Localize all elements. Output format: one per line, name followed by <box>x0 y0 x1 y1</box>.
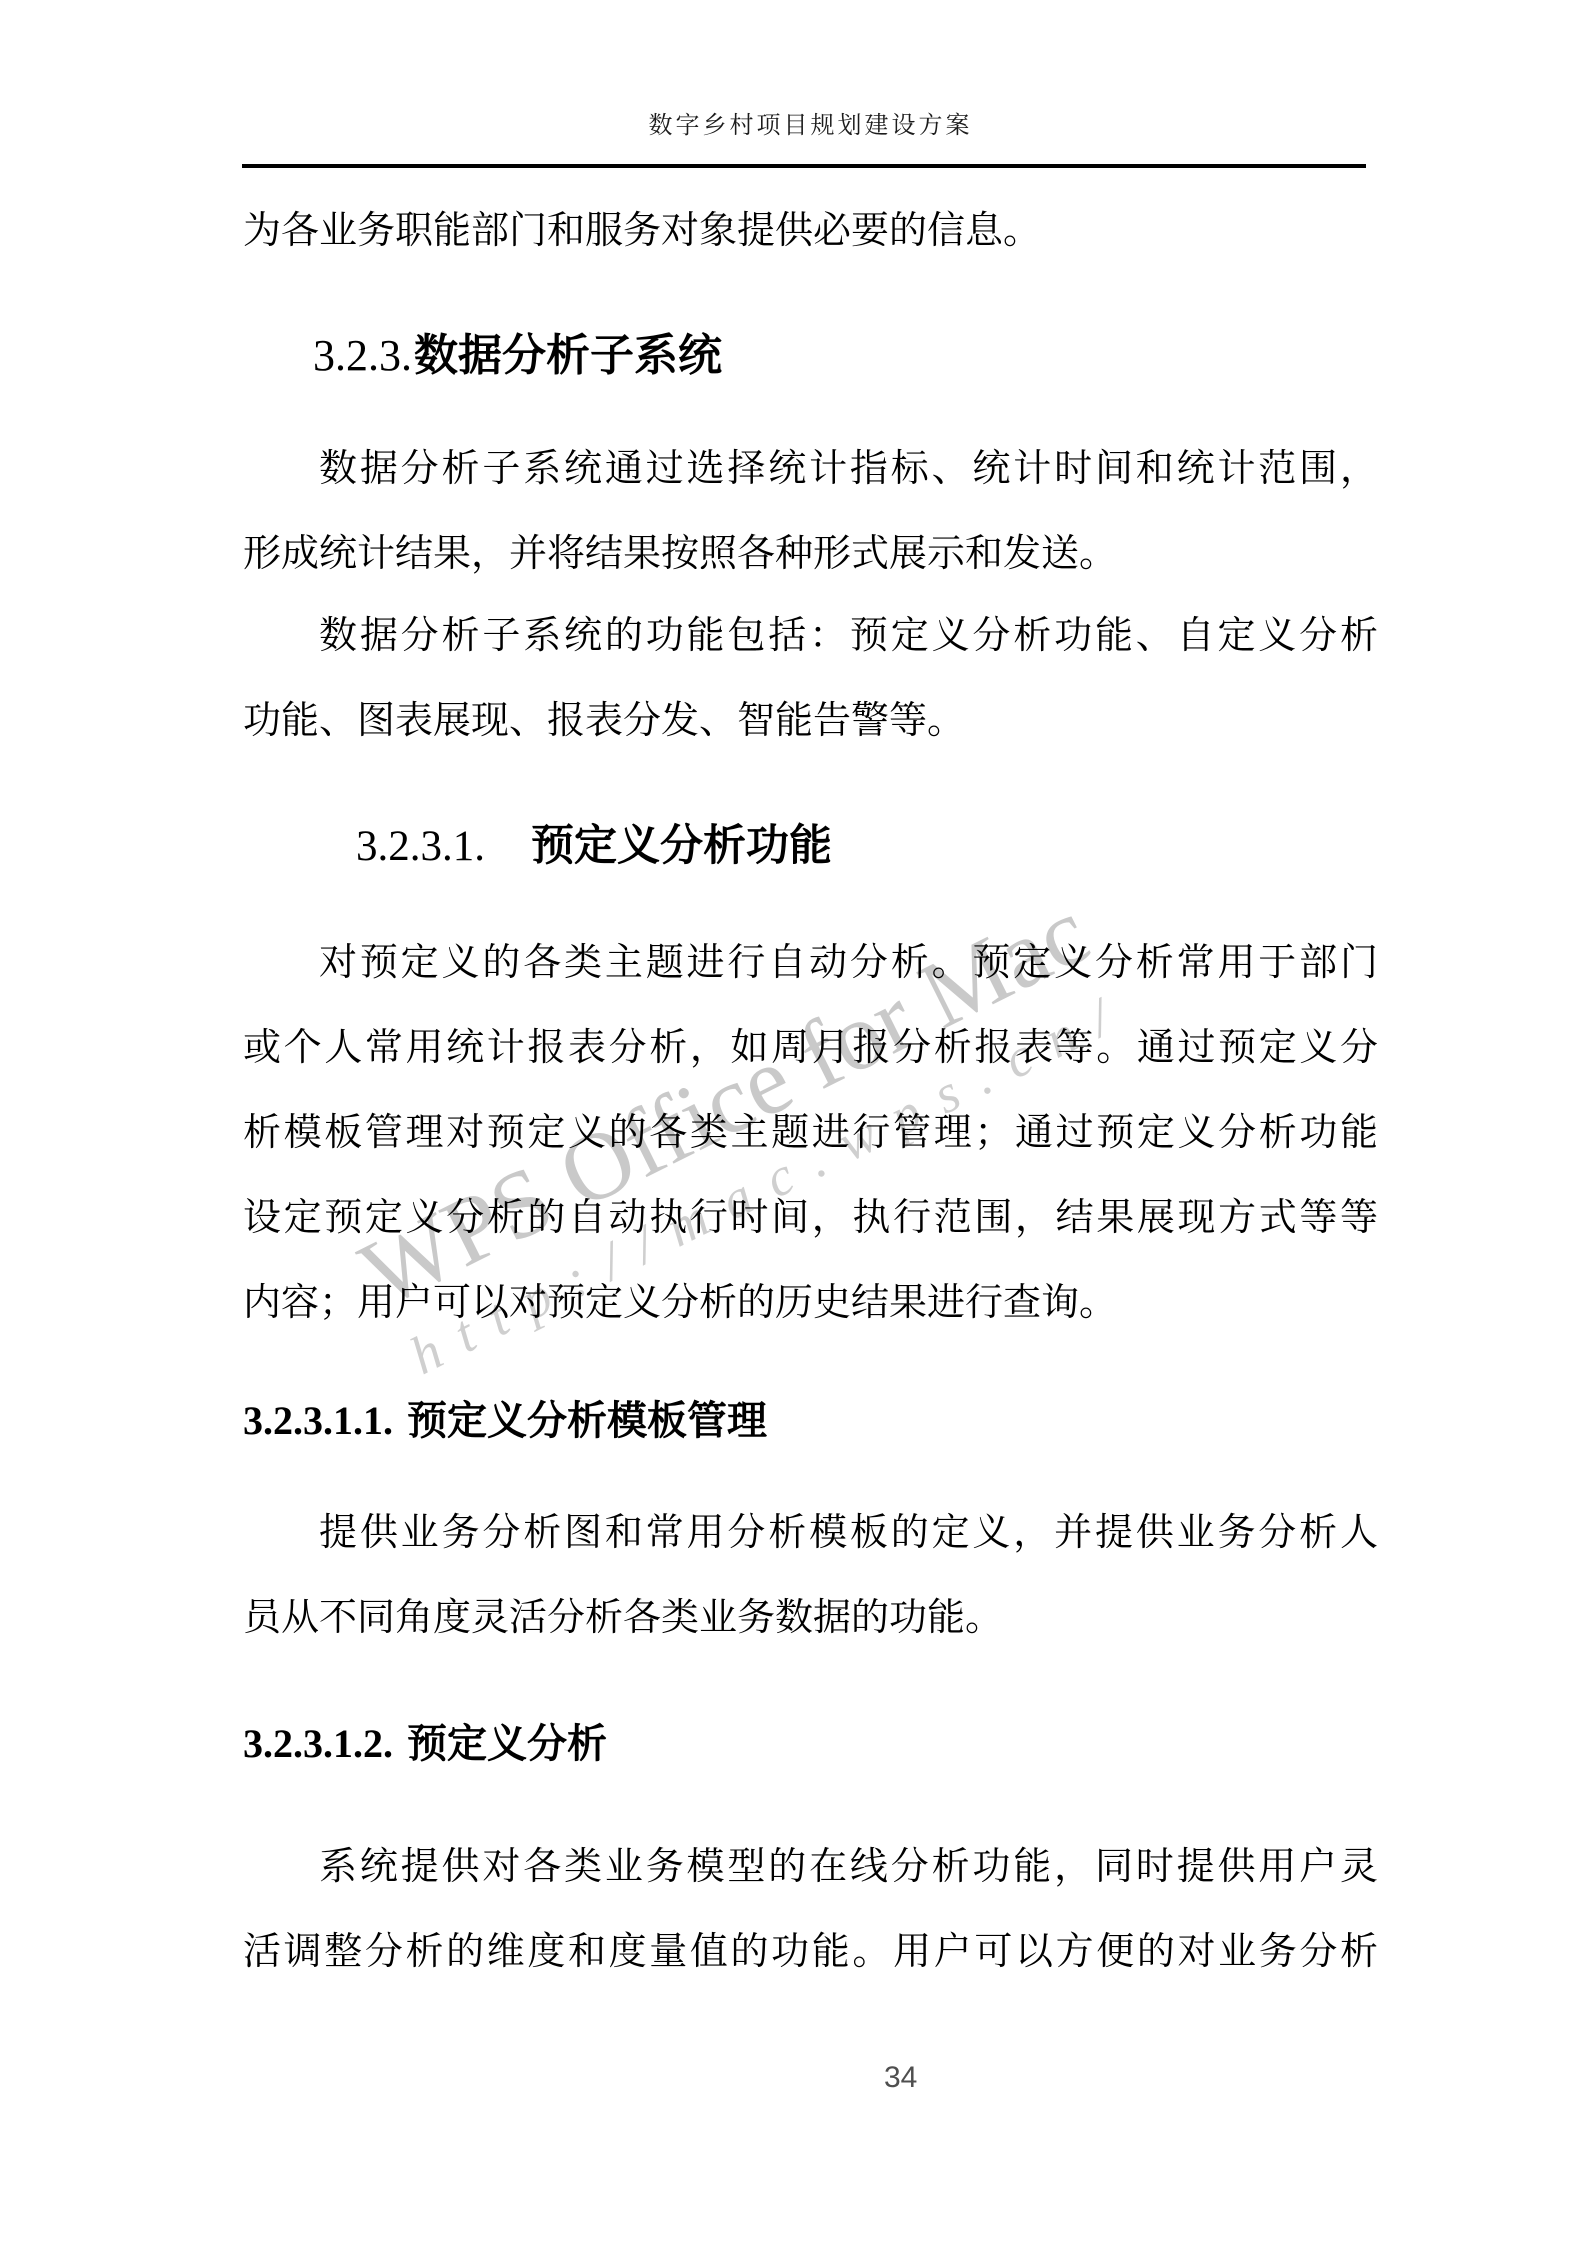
paragraph-line: 或个人常用统计报表分析，如周月报分析报表等。通过预定义分 <box>243 1028 1378 1068</box>
heading-text: 预定义分析模板管理 <box>407 1398 767 1443</box>
heading-text: 预定义分析 <box>407 1721 607 1766</box>
heading-3-2-3: 3.2.3.数据分析子系统 <box>313 333 722 379</box>
heading-text: 数据分析子系统 <box>414 331 722 380</box>
paragraph-line: 系统提供对各类业务模型的在线分析功能，同时提供用户灵 <box>243 1847 1378 1887</box>
heading-text: 预定义分析功能 <box>531 823 832 870</box>
paragraph-line: 功能、图表展现、报表分发、智能告警等。 <box>243 701 1378 741</box>
heading-3-2-3-1: 3.2.3.1.预定义分析功能 <box>356 824 832 869</box>
heading-3-2-3-1-1: 3.2.3.1.1.预定义分析模板管理 <box>243 1400 767 1442</box>
paragraph-line: 提供业务分析图和常用分析模板的定义，并提供业务分析人 <box>243 1513 1378 1553</box>
paragraph-line: 析模板管理对预定义的各类主题进行管理；通过预定义分析功能 <box>243 1113 1378 1153</box>
heading-number: 3.2.3.1.2. <box>243 1721 393 1766</box>
paragraph-line: 数据分析子系统通过选择统计指标、统计时间和统计范围， <box>243 449 1378 489</box>
paragraph-line: 形成统计结果，并将结果按照各种形式展示和发送。 <box>243 534 1378 574</box>
paragraph-line: 数据分析子系统的功能包括：预定义分析功能、自定义分析 <box>243 616 1378 656</box>
header-rule <box>242 164 1366 168</box>
paragraph-line: 设定预定义分析的自动执行时间，执行范围，结果展现方式等等 <box>243 1198 1378 1238</box>
heading-3-2-3-1-2: 3.2.3.1.2.预定义分析 <box>243 1723 607 1765</box>
heading-number: 3.2.3.1.1. <box>243 1398 393 1443</box>
paragraph-line: 为各业务职能部门和服务对象提供必要的信息。 <box>243 211 1378 251</box>
paragraph-line: 活调整分析的维度和度量值的功能。用户可以方便的对业务分析 <box>243 1932 1378 1972</box>
page-header-title: 数字乡村项目规划建设方案 <box>243 112 1378 140</box>
heading-number: 3.2.3.1. <box>356 823 485 870</box>
paragraph-line: 员从不同角度灵活分析各类业务数据的功能。 <box>243 1598 1378 1638</box>
paragraph-line: 内容；用户可以对预定义分析的历史结果进行查询。 <box>243 1283 1378 1323</box>
document-page: { "header": { "title": "数字乡村项目规划建设方案" },… <box>0 0 1586 2244</box>
paragraph-line: 对预定义的各类主题进行自动分析。预定义分析常用于部门 <box>243 943 1378 983</box>
heading-number: 3.2.3. <box>313 331 412 380</box>
page-number: 34 <box>884 2062 917 2094</box>
